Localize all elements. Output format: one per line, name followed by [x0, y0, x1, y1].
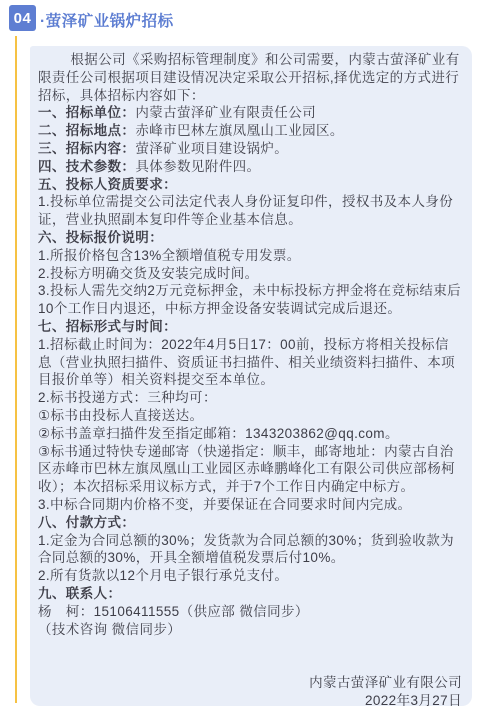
- line-heading: 四、技术参数：: [38, 159, 135, 174]
- notice-line: 1.所报价格包含13%全额增值税专用发票。: [38, 247, 462, 265]
- notice-line: ①标书由投标人直接送达。: [38, 407, 462, 425]
- notice-line: 3.中标合同期内价格不变，并要保证在合同要求时间内完成。: [38, 496, 462, 514]
- line-heading: 八、付款方式：: [38, 515, 135, 530]
- line-text: 内蒙古萤泽矿业有限责任公司: [135, 105, 316, 120]
- line-heading: 三、招标内容：: [38, 141, 135, 156]
- header: 04 ·萤泽矿业锅炉招标: [0, 0, 486, 36]
- signature-company: 内蒙古萤泽矿业有限公司: [38, 674, 462, 692]
- notice-line: 六、投标报价说明：: [38, 229, 462, 247]
- line-text: 3.投标人需先交纳2万元竞标押金，未中标投标方押金将在竞标结束后10个工作日内退…: [38, 283, 461, 316]
- line-heading: 五、投标人资质要求：: [38, 177, 177, 192]
- notice-line: 三、招标内容：萤泽矿业项目建设锅炉。: [38, 140, 462, 158]
- line-text: ①标书由投标人直接送达。: [38, 408, 203, 423]
- page: { "colors": { "badge_bg": "#5E7ED2", "ti…: [0, 0, 486, 718]
- notice-line: 七、招标形式与时间：: [38, 318, 462, 336]
- notice-line: 1.定金为合同总额的30%；发货款为合同总额的30%；货到验收款为合同总额的30…: [38, 532, 462, 568]
- line-text: 萤泽矿业项目建设锅炉。: [135, 141, 288, 156]
- line-heading: 七、招标形式与时间：: [38, 319, 177, 334]
- line-text: 具体参数见附件四。: [135, 159, 260, 174]
- line-text: （技术咨询 微信同步）: [38, 622, 181, 637]
- notice-bubble: 根据公司《采购招标管理制度》和公司需要，内蒙古萤泽矿业有限责任公司根据项目建设情…: [30, 46, 472, 706]
- section-number-badge: 04: [9, 5, 36, 31]
- line-heading: 一、招标单位：: [38, 105, 135, 120]
- notice-line: 五、投标人资质要求：: [38, 176, 462, 194]
- notice-line: 八、付款方式：: [38, 514, 462, 532]
- intro-paragraph: 根据公司《采购招标管理制度》和公司需要，内蒙古萤泽矿业有限责任公司根据项目建设情…: [38, 51, 462, 104]
- bubble-tail-icon: [30, 46, 31, 62]
- notice-line: 2.标书投递方式：三种均可：: [38, 389, 462, 407]
- line-text: 1.投标单位需提交公司法定代表人身份证复印件，授权书及本人身份证，营业执照副本复…: [38, 194, 453, 227]
- line-text: 1.定金为合同总额的30%；发货款为合同总额的30%；货到验收款为合同总额的30…: [38, 533, 454, 566]
- line-text: ②标书盖章扫描件发至指定邮箱：1343203862@qq.com。: [38, 426, 399, 441]
- line-text: 1.招标截止时间为：2022年4月5日17：00前，投标方将相关投标信息（营业执…: [38, 337, 455, 388]
- notice-line: 1.招标截止时间为：2022年4月5日17：00前，投标方将相关投标信息（营业执…: [38, 336, 462, 389]
- line-text: 赤峰市巴林左旗凤凰山工业园区。: [135, 123, 344, 138]
- line-text: 2.所有货款以12个月电子银行承兑支付。: [38, 568, 288, 583]
- notice-line: 3.投标人需先交纳2万元竞标押金，未中标投标方押金将在竞标结束后10个工作日内退…: [38, 282, 462, 318]
- notice-line: 一、招标单位：内蒙古萤泽矿业有限责任公司: [38, 104, 462, 122]
- page-title: ·萤泽矿业锅炉招标: [40, 9, 174, 31]
- notice-line: 二、招标地点：赤峰市巴林左旗凤凰山工业园区。: [38, 122, 462, 140]
- notice-line: ②标书盖章扫描件发至指定邮箱：1343203862@qq.com。: [38, 425, 462, 443]
- line-text: 3.中标合同期内价格不变，并要保证在合同要求时间内完成。: [38, 497, 411, 512]
- notice-body: 一、招标单位：内蒙古萤泽矿业有限责任公司 二、招标地点：赤峰市巴林左旗凤凰山工业…: [38, 104, 462, 638]
- line-text: 1.所报价格包含13%全额增值税专用发票。: [38, 248, 301, 263]
- line-heading: 九、联系人：: [38, 586, 121, 601]
- notice-line: 2.投标方明确交货及安装完成时间。: [38, 265, 462, 283]
- notice-line: 1.投标单位需提交公司法定代表人身份证复印件，授权书及本人身份证，营业执照副本复…: [38, 193, 462, 229]
- line-text: ③标书通过特快专递邮寄（快递指定：顺丰，邮寄地址：内蒙古自治区赤峰市巴林左旗凤凰…: [38, 444, 455, 495]
- notice-line: 杨 柯：15106411555（供应部 微信同步）: [38, 603, 462, 621]
- signature-date: 2022年3月27日: [38, 692, 462, 706]
- notice-line: （技术咨询 微信同步）: [38, 621, 462, 639]
- line-heading: 二、招标地点：: [38, 123, 135, 138]
- line-text: 2.标书投递方式：三种均可：: [38, 390, 217, 405]
- accent-line: [15, 36, 17, 703]
- line-text: 杨 柯：15106411555（供应部 微信同步）: [38, 604, 309, 619]
- notice-line: ③标书通过特快专递邮寄（快递指定：顺丰，邮寄地址：内蒙古自治区赤峰市巴林左旗凤凰…: [38, 443, 462, 496]
- line-text: 2.投标方明确交货及安装完成时间。: [38, 266, 259, 281]
- notice-line: 2.所有货款以12个月电子银行承兑支付。: [38, 567, 462, 585]
- notice-line: 四、技术参数：具体参数见附件四。: [38, 158, 462, 176]
- signature-block: 内蒙古萤泽矿业有限公司 2022年3月27日: [38, 674, 462, 706]
- notice-line: 九、联系人：: [38, 585, 462, 603]
- line-heading: 六、投标报价说明：: [38, 230, 163, 245]
